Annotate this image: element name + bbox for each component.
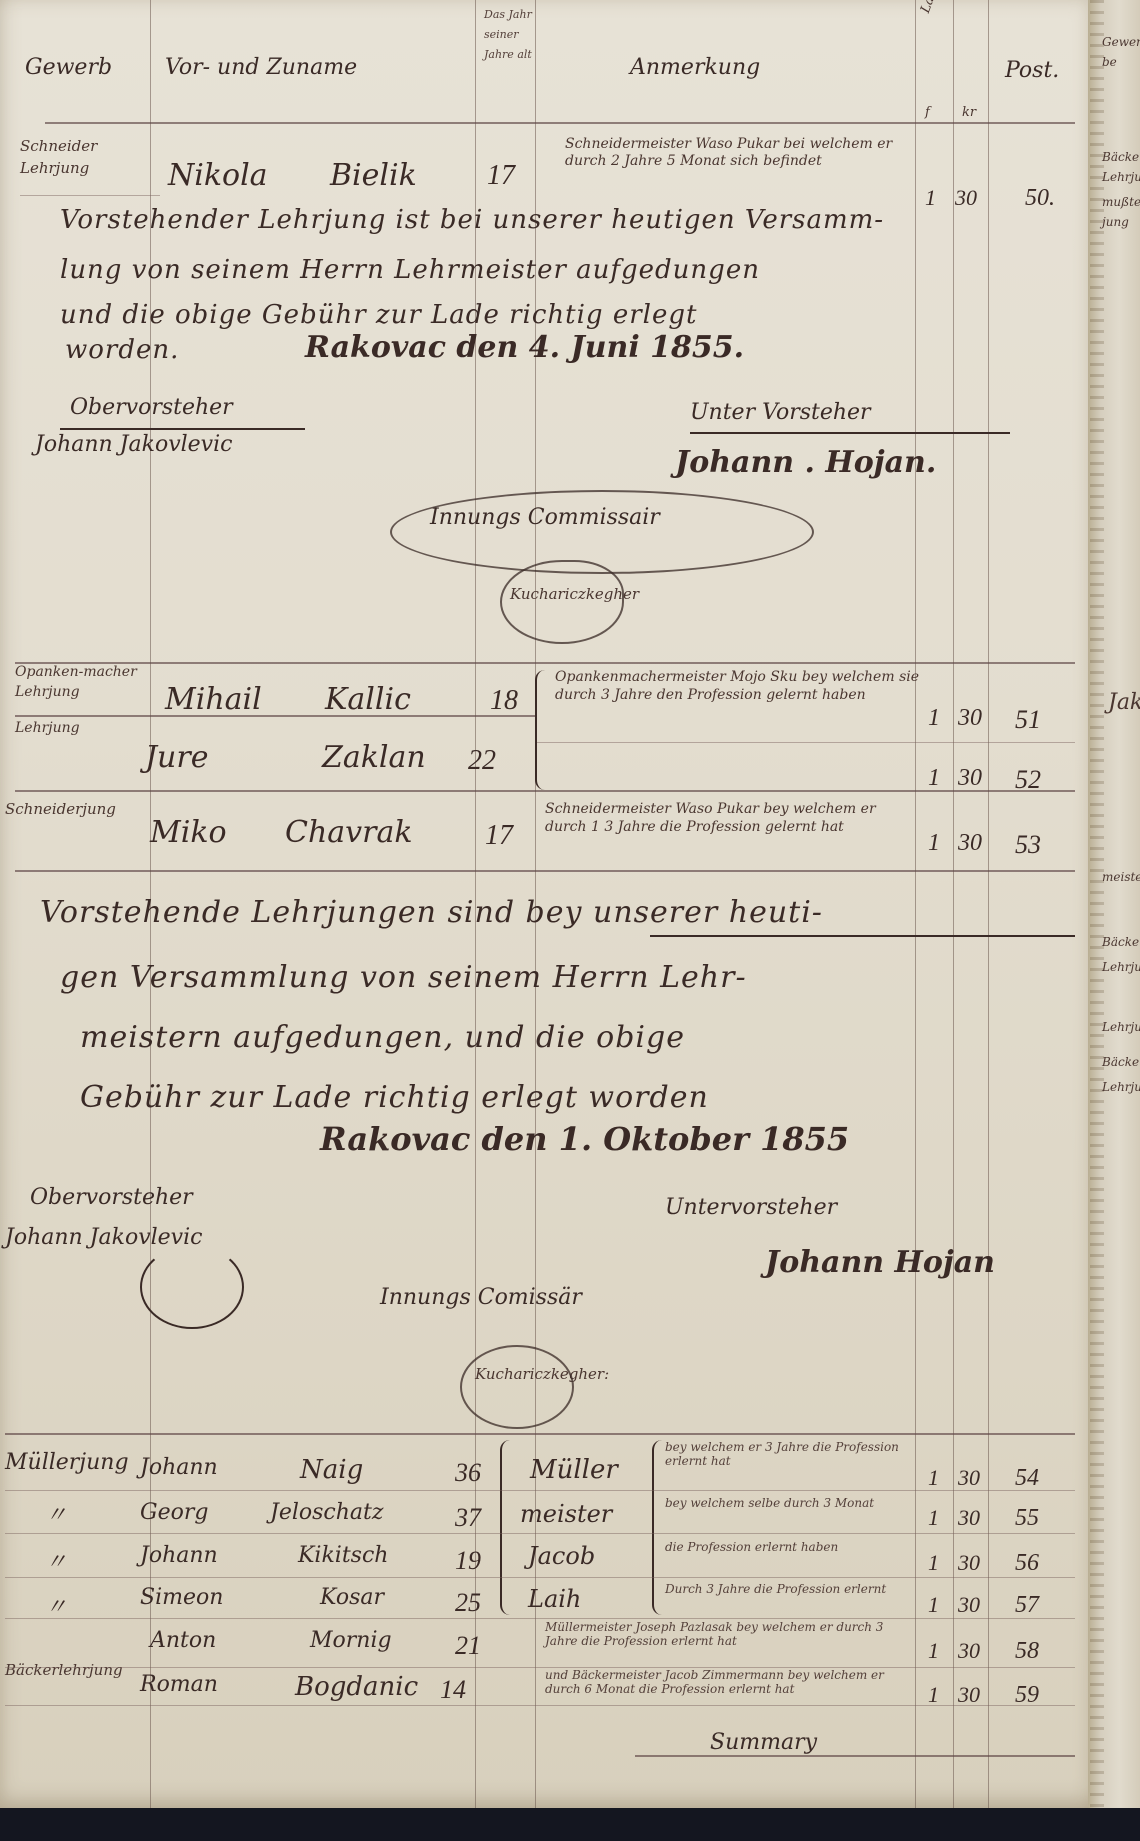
master-group-line-1: Müller: [530, 1455, 618, 1485]
row-fee-f: 1: [928, 1638, 939, 1664]
statement-line-4: Gebühr zur Lade richtig erlegt worden: [80, 1080, 709, 1115]
margin-fragment: Lehrjung: [1102, 1020, 1140, 1034]
signature-left-name: Johann Jakovlevic: [35, 432, 232, 457]
signature-left-title: Obervorsteher: [70, 395, 233, 420]
row-trade: Schneiderjung: [5, 800, 135, 818]
signature-right-name: Johann . Hojan.: [675, 445, 936, 480]
row-first-name: Miko: [150, 815, 227, 850]
row-fee-kr: 30: [958, 1638, 980, 1664]
row-remarks: bey welchem er 3 Jahre die Profession er…: [665, 1440, 915, 1468]
margin-fragment: Lehrjung: [1102, 960, 1140, 974]
master-group-line-4: Laih: [528, 1585, 581, 1613]
row-rule: [20, 195, 160, 196]
row-fee-f: 1: [928, 765, 940, 792]
row-age: 36: [455, 1458, 481, 1488]
statement-line-1: Vorstehender Lehrjung ist bei unserer he…: [60, 205, 884, 235]
row-no: 58: [1015, 1638, 1039, 1665]
row-fee-kr: 30: [958, 1465, 980, 1491]
row-remarks: die Profession erlernt haben: [665, 1540, 915, 1554]
header-fee-kr: kr: [962, 105, 976, 120]
row-fee-f: 1: [928, 1505, 939, 1531]
place-date: Rakovac den 1. Oktober 1855: [320, 1120, 849, 1158]
signature-left-flourish: [140, 1245, 244, 1329]
section-2-top-rule: [15, 662, 1075, 664]
margin-fragment: Bäcker: [1102, 150, 1140, 164]
statement-line-3: meistern aufgedungen, und die obige: [80, 1020, 685, 1055]
row-last-name: Kikitsch: [298, 1543, 388, 1568]
gutter-stain: [1090, 0, 1104, 1810]
row-trade: Lehrjung: [15, 718, 145, 738]
row-age: 22: [468, 745, 496, 777]
row-age: 25: [455, 1588, 481, 1618]
footer-note: Summary: [710, 1730, 817, 1755]
row-remarks: Müllermeister Joseph Pazlasak bey welche…: [545, 1620, 915, 1648]
row-rule: [5, 1705, 1075, 1706]
signature-center-title: Innungs Commissair: [430, 505, 660, 530]
row-first-name: Johann: [140, 1543, 218, 1568]
column-rule-no: [988, 0, 989, 1810]
row-no: 53: [1015, 830, 1041, 860]
row-remarks: Schneidermeister Waso Pukar bei welchem …: [565, 136, 910, 170]
row-no: 54: [1015, 1465, 1039, 1492]
row-last-name: Kosar: [320, 1585, 384, 1610]
margin-fragment: Bäcker: [1102, 935, 1140, 949]
signature-center-title: Innungs Comissär: [380, 1285, 582, 1310]
row-rule: [535, 742, 1075, 743]
margin-fragment: jung: [1102, 215, 1129, 229]
row-age: 21: [455, 1631, 481, 1661]
row-no: 57: [1015, 1592, 1039, 1619]
column-rule-fee-f: [915, 0, 916, 1810]
margin-fragment: meister: [1102, 870, 1140, 884]
row-age: 19: [455, 1546, 481, 1576]
row-fee-f: 1: [928, 1550, 939, 1576]
row-remarks: bey welchem selbe durch 3 Monat: [665, 1496, 915, 1510]
row-first-name: Jure: [145, 740, 208, 775]
signature-right-name: Johann Hojan: [765, 1245, 995, 1280]
row-first-name: Johann: [140, 1455, 218, 1480]
signature-right-underline: [690, 432, 1010, 434]
row-trade: Schneider Lehrjung: [20, 135, 140, 179]
row-last-name: Chavrak: [285, 815, 413, 850]
row-last-name: Mornig: [310, 1628, 392, 1653]
row-age: 17: [487, 160, 515, 192]
row-trade: Müllerjung: [5, 1450, 129, 1475]
margin-fragment: Lehrjung: [1102, 170, 1140, 184]
margin-fragment: Lehrjung: [1102, 1080, 1140, 1094]
row-trade: 〃: [45, 1498, 67, 1529]
margin-fragment: Jak: [1108, 690, 1140, 715]
row-fee-f: 1: [928, 705, 940, 732]
row-last-name: Bogdanic: [295, 1672, 418, 1702]
signature-left-name: Johann Jakovlevic: [5, 1225, 202, 1250]
header-rule: [45, 122, 1075, 124]
row-fee-f: 1: [925, 185, 936, 211]
row-trade: 〃: [45, 1545, 67, 1576]
column-rule-fee-kr: [953, 0, 954, 1810]
signature-right-title: Unter Vorsteher: [690, 400, 871, 425]
statement-line-2: gen Versammlung von seinem Herrn Lehr-: [60, 960, 747, 995]
margin-fragment: mußte: [1102, 195, 1140, 209]
margin-fragment: be: [1102, 55, 1117, 69]
row-first-name: Georg: [140, 1500, 208, 1525]
signature-left-title: Obervorsteher: [30, 1185, 193, 1210]
margin-fragment: Gewerb: [1102, 35, 1140, 49]
row-fee-kr: 30: [958, 830, 982, 857]
row-rule: [15, 870, 1075, 872]
row-fee-kr: 30: [958, 705, 982, 732]
row-no: 51: [1015, 705, 1041, 735]
section-3-top-rule: [5, 1433, 1075, 1435]
row-first-name: Nikola: [168, 158, 268, 193]
row-rule: [15, 790, 1075, 792]
row-trade: 〃: [45, 1590, 67, 1621]
row-last-name: Naig: [300, 1455, 363, 1485]
row-fee-kr: 30: [958, 1592, 980, 1618]
row-remarks: Opankenmachermeister Mojo Sku bey welche…: [555, 668, 920, 704]
row-remarks: Schneidermeister Waso Pukar bey welchem …: [545, 800, 915, 836]
row-fee-f: 1: [928, 1592, 939, 1618]
row-trade: Bäckerlehrjung: [5, 1660, 125, 1680]
signature-center-flourish: [500, 560, 624, 644]
row-fee-kr: 30: [958, 1505, 980, 1531]
statement-line-2: lung von seinem Herrn Lehrmeister aufged…: [60, 255, 760, 285]
row-group-brace: [500, 1440, 512, 1615]
header-age: Das Jahr seiner Jahre alt: [484, 5, 532, 65]
signature-center-flourish: [460, 1345, 574, 1429]
margin-fragment: Bäcker: [1102, 1055, 1140, 1069]
row-first-name: Anton: [150, 1628, 216, 1653]
row-trade: Opanken-macher Lehrjung: [15, 662, 145, 702]
header-fee: Lade-Taxe: [918, 0, 955, 15]
row-last-name: Jeloschatz: [270, 1500, 383, 1525]
statement-line-4: worden.: [65, 335, 179, 365]
row-rule: [5, 1577, 1075, 1578]
signature-right-title: Untervorsteher: [665, 1195, 837, 1220]
header-trade: Gewerb: [25, 55, 112, 80]
statement-underline: [650, 935, 1075, 937]
row-remarks: Durch 3 Jahre die Profession erlernt: [665, 1582, 915, 1596]
master-group-line-3: Jacob: [528, 1542, 595, 1570]
row-last-name: Zaklan: [322, 740, 426, 775]
remarks-group-brace: [652, 1440, 664, 1615]
row-fee-f: 1: [928, 1465, 939, 1491]
row-no: 55: [1015, 1505, 1039, 1532]
row-rule: [15, 715, 535, 717]
header-remarks: Anmerkung: [630, 55, 760, 80]
row-age: 14: [440, 1675, 466, 1705]
statement-line-1: Vorstehende Lehrjungen sind bey unserer …: [40, 895, 823, 930]
row-last-name: Kallic: [325, 682, 411, 717]
row-group-brace: [535, 670, 547, 790]
row-no: 56: [1015, 1550, 1039, 1577]
place-date: Rakovac den 4. Juni 1855.: [305, 330, 744, 365]
signature-left-underline: [60, 428, 305, 430]
header-name: Vor- und Zuname: [165, 55, 357, 80]
row-fee-f: 1: [928, 830, 940, 857]
scan-background: [0, 1808, 1140, 1841]
row-last-name: Bielik: [330, 158, 417, 193]
row-remarks: und Bäckermeister Jacob Zimmermann bey w…: [545, 1668, 915, 1696]
signature-flourish: [390, 490, 814, 574]
row-first-name: Simeon: [140, 1585, 223, 1610]
row-no: 50.: [1025, 185, 1055, 212]
statement-line-3: und die obige Gebühr zur Lade richtig er…: [60, 300, 697, 330]
row-age: 37: [455, 1503, 481, 1533]
row-rule: [5, 1618, 1075, 1619]
header-fee-f: f: [925, 105, 930, 120]
row-fee-kr: 30: [955, 185, 977, 211]
row-age: 18: [490, 685, 518, 717]
row-first-name: Roman: [140, 1672, 218, 1697]
ledger-page: Gewerb Vor- und Zuname Das Jahr seiner J…: [0, 0, 1100, 1815]
header-no: Post.: [1005, 58, 1059, 83]
row-first-name: Mihail: [165, 682, 262, 717]
footer-rule: [635, 1755, 1075, 1757]
row-fee-kr: 30: [958, 765, 982, 792]
row-rule: [5, 1490, 1075, 1491]
row-rule: [5, 1533, 1075, 1534]
row-fee-kr: 30: [958, 1550, 980, 1576]
master-group-line-2: meister: [520, 1500, 612, 1528]
row-age: 17: [485, 820, 513, 852]
